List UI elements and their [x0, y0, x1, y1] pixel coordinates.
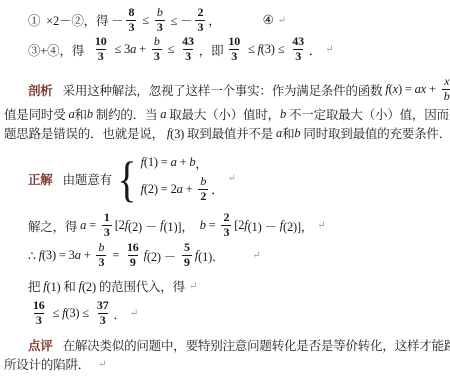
- text-run: 由题意有: [63, 170, 112, 188]
- text-run: 题思路是错误的．也就是说，: [4, 124, 167, 142]
- fraction: 103: [226, 35, 242, 64]
- fraction-denominator: 3: [98, 313, 108, 328]
- fraction: b3: [155, 6, 165, 35]
- fraction-numerator: b: [152, 35, 162, 49]
- text-run: ≤: [50, 306, 63, 321]
- fraction-numerator: 2: [221, 211, 231, 225]
- fraction: 59: [182, 241, 192, 270]
- fraction-numerator: 16: [125, 241, 141, 255]
- fraction: b3: [96, 241, 106, 270]
- fraction-denominator: 2: [198, 189, 208, 204]
- fraction-numerator: b: [198, 175, 208, 189]
- text-run: [2: [115, 218, 125, 233]
- fraction: 23: [195, 6, 205, 35]
- fraction-numerator: 37: [95, 299, 111, 313]
- text-run: ③+④，得: [28, 41, 90, 59]
- text-run: (3) = 3: [42, 248, 75, 263]
- dianping-line-2: 所设计的陷阱．↵: [4, 355, 450, 374]
- fraction-denominator: 3: [229, 49, 239, 64]
- equation-row: f(1) = a + b，: [141, 154, 224, 172]
- text-run: =: [206, 218, 219, 233]
- fraction: 13: [102, 211, 112, 240]
- fraction-numerator: x: [442, 75, 450, 89]
- fraction-denominator: 9: [128, 255, 138, 270]
- equation-system-rows: f(1) = a + b，f(2) = 2a + b2．: [141, 154, 224, 204]
- paragraph-return-icon: ↵: [317, 220, 325, 231]
- text-run: +: [81, 248, 94, 263]
- text-run: ．: [114, 305, 126, 323]
- text-run: (1)]，: [163, 217, 193, 235]
- equation-system: {f(1) = a + b，f(2) = 2a + b2．: [112, 152, 224, 206]
- text-run: 同时取到最值的充要条件．: [300, 124, 450, 142]
- text-run: (2)]，: [283, 217, 313, 235]
- fraction-denominator: 3: [102, 225, 112, 240]
- step-line-5: ③+④，得 103 ≤ 3a + b3 ≤ 433，即103 ≤ f(3) ≤ …: [28, 35, 450, 65]
- text-run: (1)．: [198, 247, 224, 265]
- fraction-denominator: 3: [34, 313, 44, 328]
- section-label: 点评: [28, 336, 53, 354]
- spacer: [90, 364, 94, 365]
- text-run: +: [136, 42, 149, 57]
- fraction-numerator: 43: [290, 35, 306, 49]
- fraction: 373: [95, 299, 111, 328]
- fraction-denominator: 3: [221, 225, 231, 240]
- text-run: ，: [195, 154, 207, 172]
- text-run: ≤: [139, 13, 152, 28]
- text-run: 所设计的陷阱．: [4, 355, 90, 373]
- text-run: +: [426, 82, 439, 97]
- paragraph-return-icon: ↵: [228, 173, 236, 184]
- text-run: 和: [75, 105, 87, 123]
- fraction: 433: [290, 35, 306, 64]
- text-run: [2: [234, 218, 244, 233]
- result-line: 163 ≤ f(3) ≤ 373．↵: [28, 298, 450, 330]
- paragraph-return-icon: ↵: [98, 359, 106, 370]
- paragraph-return-icon: ↵: [189, 281, 197, 292]
- paragraph-return-icon: ↵: [325, 44, 333, 55]
- fraction: xb: [442, 75, 450, 104]
- fraction-numerator: b: [155, 6, 165, 20]
- fraction-denominator: 9: [182, 255, 192, 270]
- text-run: 取最大（小）值时，: [166, 105, 280, 123]
- fraction: 169: [125, 241, 141, 270]
- fraction: 103: [93, 35, 109, 64]
- math-solution-document: ① ×2－②，得 －83 ≤ b3 ≤ －23，④↵③+④，得 103 ≤ 3a…: [0, 0, 450, 374]
- fraction-numerator: 8: [126, 6, 136, 20]
- spacer: [53, 345, 63, 346]
- fraction-denominator: 3: [96, 49, 106, 64]
- text-run: (1) －: [248, 217, 280, 235]
- text-run: ) =: [398, 82, 415, 97]
- text-run: 值是同时受: [4, 105, 68, 123]
- dianping-line-1: 点评在解决类似的问题中，要特别注意问题转化是否是等价转化，这样才能跳出本题: [28, 336, 450, 355]
- text-run: (2) 的范围代入，得: [82, 277, 185, 295]
- text-run: 制约的．当: [93, 105, 160, 123]
- text-run: ，即: [199, 41, 224, 59]
- spacer: [53, 89, 63, 90]
- fraction-denominator: 3: [96, 255, 106, 270]
- fraction: 23: [221, 211, 231, 240]
- fraction-denominator: 3: [155, 20, 165, 35]
- fraction-denominator: 3: [126, 20, 136, 35]
- text-run: =: [86, 218, 99, 233]
- text-run: ．: [309, 41, 321, 59]
- paragraph-return-icon: ↵: [278, 15, 286, 26]
- text-run: =: [109, 248, 122, 263]
- pouxi-line-2: 值是同时受 a和b 制约的．当 a 取最大（小）值时，b 不一定取最大（小）值，…: [4, 105, 450, 124]
- text-run: ① ×2－②，得 －: [28, 11, 123, 29]
- text-run: ．: [211, 180, 223, 198]
- text-run: ≤: [165, 42, 178, 57]
- text-run: 解之，得: [28, 217, 80, 235]
- fraction: b2: [198, 175, 208, 204]
- text-run: (2) －: [128, 217, 160, 235]
- text-run: (2) －: [147, 247, 179, 265]
- text-run: (1) =: [144, 155, 171, 170]
- text-run: 采用这种解法，忽视了这样一个事实：作为满足条件的函数: [63, 81, 386, 99]
- jiezhi-line: 解之，得 a = 13[2f(2) － f(1)]，b = 23[2f(1) －…: [28, 211, 450, 241]
- text-run: ④: [263, 12, 274, 28]
- zhengjie-line: 正解由题意有{f(1) = a + b，f(2) = 2a + b2．↵: [28, 151, 450, 207]
- text-run: ∴: [28, 248, 39, 264]
- text-run: (3) ≤: [65, 306, 92, 321]
- fraction-numerator: 5: [182, 241, 192, 255]
- fraction: 433: [180, 35, 196, 64]
- text-run: (1) 和: [47, 277, 79, 295]
- fraction-numerator: 2: [195, 6, 205, 20]
- left-brace: {: [117, 152, 136, 206]
- substitute-line: 把 f(1) 和 f(2) 的范围代入，得↵: [28, 277, 450, 296]
- spacer: [53, 178, 63, 179]
- therefore-line: ∴ f(3) = 3a + b3 = 169f(2) － 59f(1)．↵: [28, 241, 450, 271]
- fraction-numerator: 10: [226, 35, 242, 49]
- fraction: b3: [152, 35, 162, 64]
- spacer: [221, 20, 263, 21]
- fraction-numerator: b: [96, 241, 106, 255]
- paragraph-return-icon: ↵: [130, 308, 138, 319]
- fraction-numerator: 43: [180, 35, 196, 49]
- fraction: 83: [126, 6, 136, 35]
- text-run: 把: [28, 277, 43, 295]
- pouxi-line-3: 题思路是错误的．也就是说， f(3) 取到最值并不是 a和b 同时取到最值的充要…: [4, 124, 450, 143]
- step-line-4: ① ×2－②，得 －83 ≤ b3 ≤ －23，④↵: [28, 6, 450, 35]
- text-run: +: [183, 182, 196, 197]
- text-run: (2) = 2: [144, 182, 177, 197]
- text-run: ≤ －: [168, 11, 193, 29]
- fraction-denominator: 3: [152, 49, 162, 64]
- pouxi-line-1: 剖析采用这种解法，忽视了这样一个事实：作为满足条件的函数 f(x) = ax +…: [28, 75, 450, 105]
- text-run: (3) 取到最值并不是: [170, 124, 276, 142]
- section-label: 正解: [28, 170, 53, 188]
- text-run: ≤ 3: [112, 42, 131, 57]
- text-run: ，: [208, 11, 220, 29]
- fraction-denominator: 3: [293, 49, 303, 64]
- fraction-numerator: 16: [31, 299, 47, 313]
- math-text-run: ax: [415, 82, 426, 97]
- fraction-denominator: 3: [195, 20, 205, 35]
- fraction-numerator: 10: [93, 35, 109, 49]
- spacer: [224, 255, 248, 256]
- text-run: 和: [282, 124, 294, 142]
- fraction-denominator: 3: [183, 49, 193, 64]
- text-run: ≤: [245, 42, 258, 57]
- equation-row: f(2) = 2a + b2．: [141, 175, 224, 204]
- paragraph-return-icon: ↵: [252, 250, 260, 261]
- fraction-numerator: 1: [102, 211, 112, 225]
- text-run: (3) ≤: [261, 42, 288, 57]
- text-run: +: [177, 155, 190, 170]
- section-label: 剖析: [28, 81, 53, 99]
- text-run: 在解决类似的问题中，要特别注意问题转化是否是等价转化，这样才能跳出本题: [63, 336, 450, 354]
- text-run: 不一定取最大（小）值，因而整个解: [286, 105, 450, 123]
- fraction: 163: [31, 299, 47, 328]
- fraction-denominator: b: [442, 89, 450, 104]
